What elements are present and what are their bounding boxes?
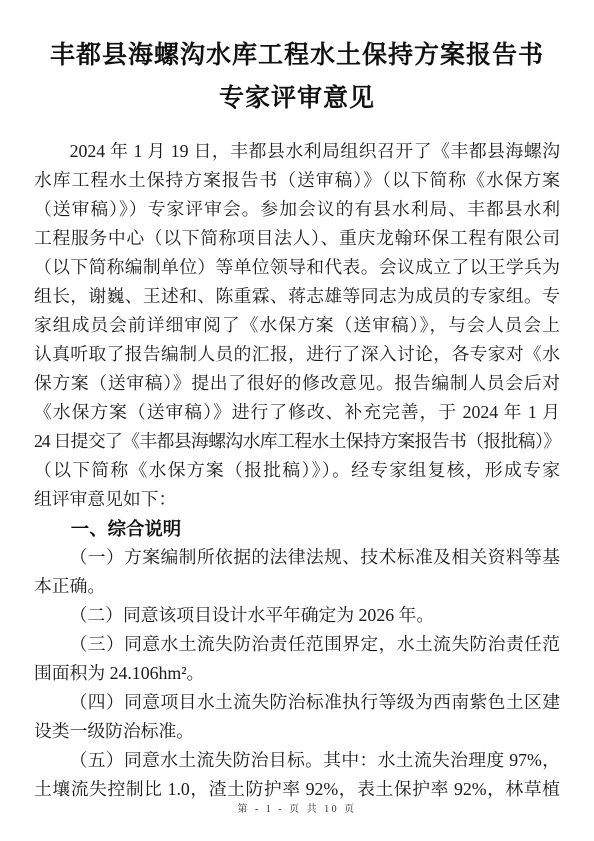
page-footer: 第 - 1 - 页 共 10 页	[0, 800, 594, 815]
body-text-line: （以下简称《水保方案（报批稿）》）。经专家组复核，形成专家	[34, 456, 560, 485]
body-text-line: 保方案（送审稿）》提出了很好的修改意见。报告编制人员会后对	[34, 369, 560, 398]
body-text-line: （五）同意水土流失防治目标。其中：水土流失治理度 97%，	[34, 746, 560, 775]
body-text-line: （三）同意水土流失防治责任范围界定，水土流失防治责任范	[34, 630, 560, 659]
body-text-line: （四）同意项目水土流失防治标准执行等级为西南紫色土区建	[34, 688, 560, 717]
body-text-line: 认真听取了报告编制人员的汇报，进行了深入讨论，各专家对《水	[34, 340, 560, 369]
body-text-line: 水库工程水土保持方案报告书（送审稿）》（以下简称《水保方案	[34, 166, 560, 195]
body-text-line: 围面积为 24.106hm²。	[34, 659, 560, 688]
body-text-line: 组评审意见如下：	[34, 485, 560, 514]
body-text-line: 《水保方案（送审稿）》进行了修改、补充完善，于 2024 年 1 月	[34, 398, 560, 427]
section-heading: 一、综合说明	[34, 514, 560, 543]
body-text-line: 2024 年 1 月 19 日，丰都县水利局组织召开了《丰都县海螺沟	[34, 137, 560, 166]
body-text-line: 本正确。	[34, 572, 560, 601]
body-text-line: （一）方案编制所依据的法律法规、技术标准及相关资料等基	[34, 543, 560, 572]
body-text-line: 设类一级防治标准。	[34, 717, 560, 746]
body-text-line: 家组成员会前详细审阅了《水保方案（送审稿）》，与会人员会上	[34, 311, 560, 340]
document-title: 丰都县海螺沟水库工程水土保持方案报告书 专家评审意见	[34, 34, 560, 120]
body-text-line: 组长，谢巍、王述和、陈重霖、蒋志雄等同志为成员的专家组。专	[34, 282, 560, 311]
document-page: 丰都县海螺沟水库工程水土保持方案报告书 专家评审意见 2024 年 1 月 19…	[0, 0, 594, 841]
document-title-line-2: 专家评审意见	[34, 77, 560, 120]
body-text-line: （以下简称编制单位）等单位领导和代表。会议成立了以王学兵为	[34, 253, 560, 282]
body-text-line: （送审稿）》）专家评审会。参加会议的有县水利局、丰都县水利	[34, 195, 560, 224]
body-text-line: （二）同意该项目设计水平年确定为 2026 年。	[34, 601, 560, 630]
body-text-line: 工程服务中心（以下简称项目法人）、重庆龙翰环保工程有限公司	[34, 224, 560, 253]
body-text-line: 24 日提交了《丰都县海螺沟水库工程水土保持方案报告书（报批稿）》	[34, 427, 560, 456]
page-number: 第 - 1 - 页 共 10 页	[237, 804, 356, 815]
document-title-line-1: 丰都县海螺沟水库工程水土保持方案报告书	[34, 34, 560, 77]
document-body: 2024 年 1 月 19 日，丰都县水利局组织召开了《丰都县海螺沟水库工程水土…	[34, 137, 560, 804]
